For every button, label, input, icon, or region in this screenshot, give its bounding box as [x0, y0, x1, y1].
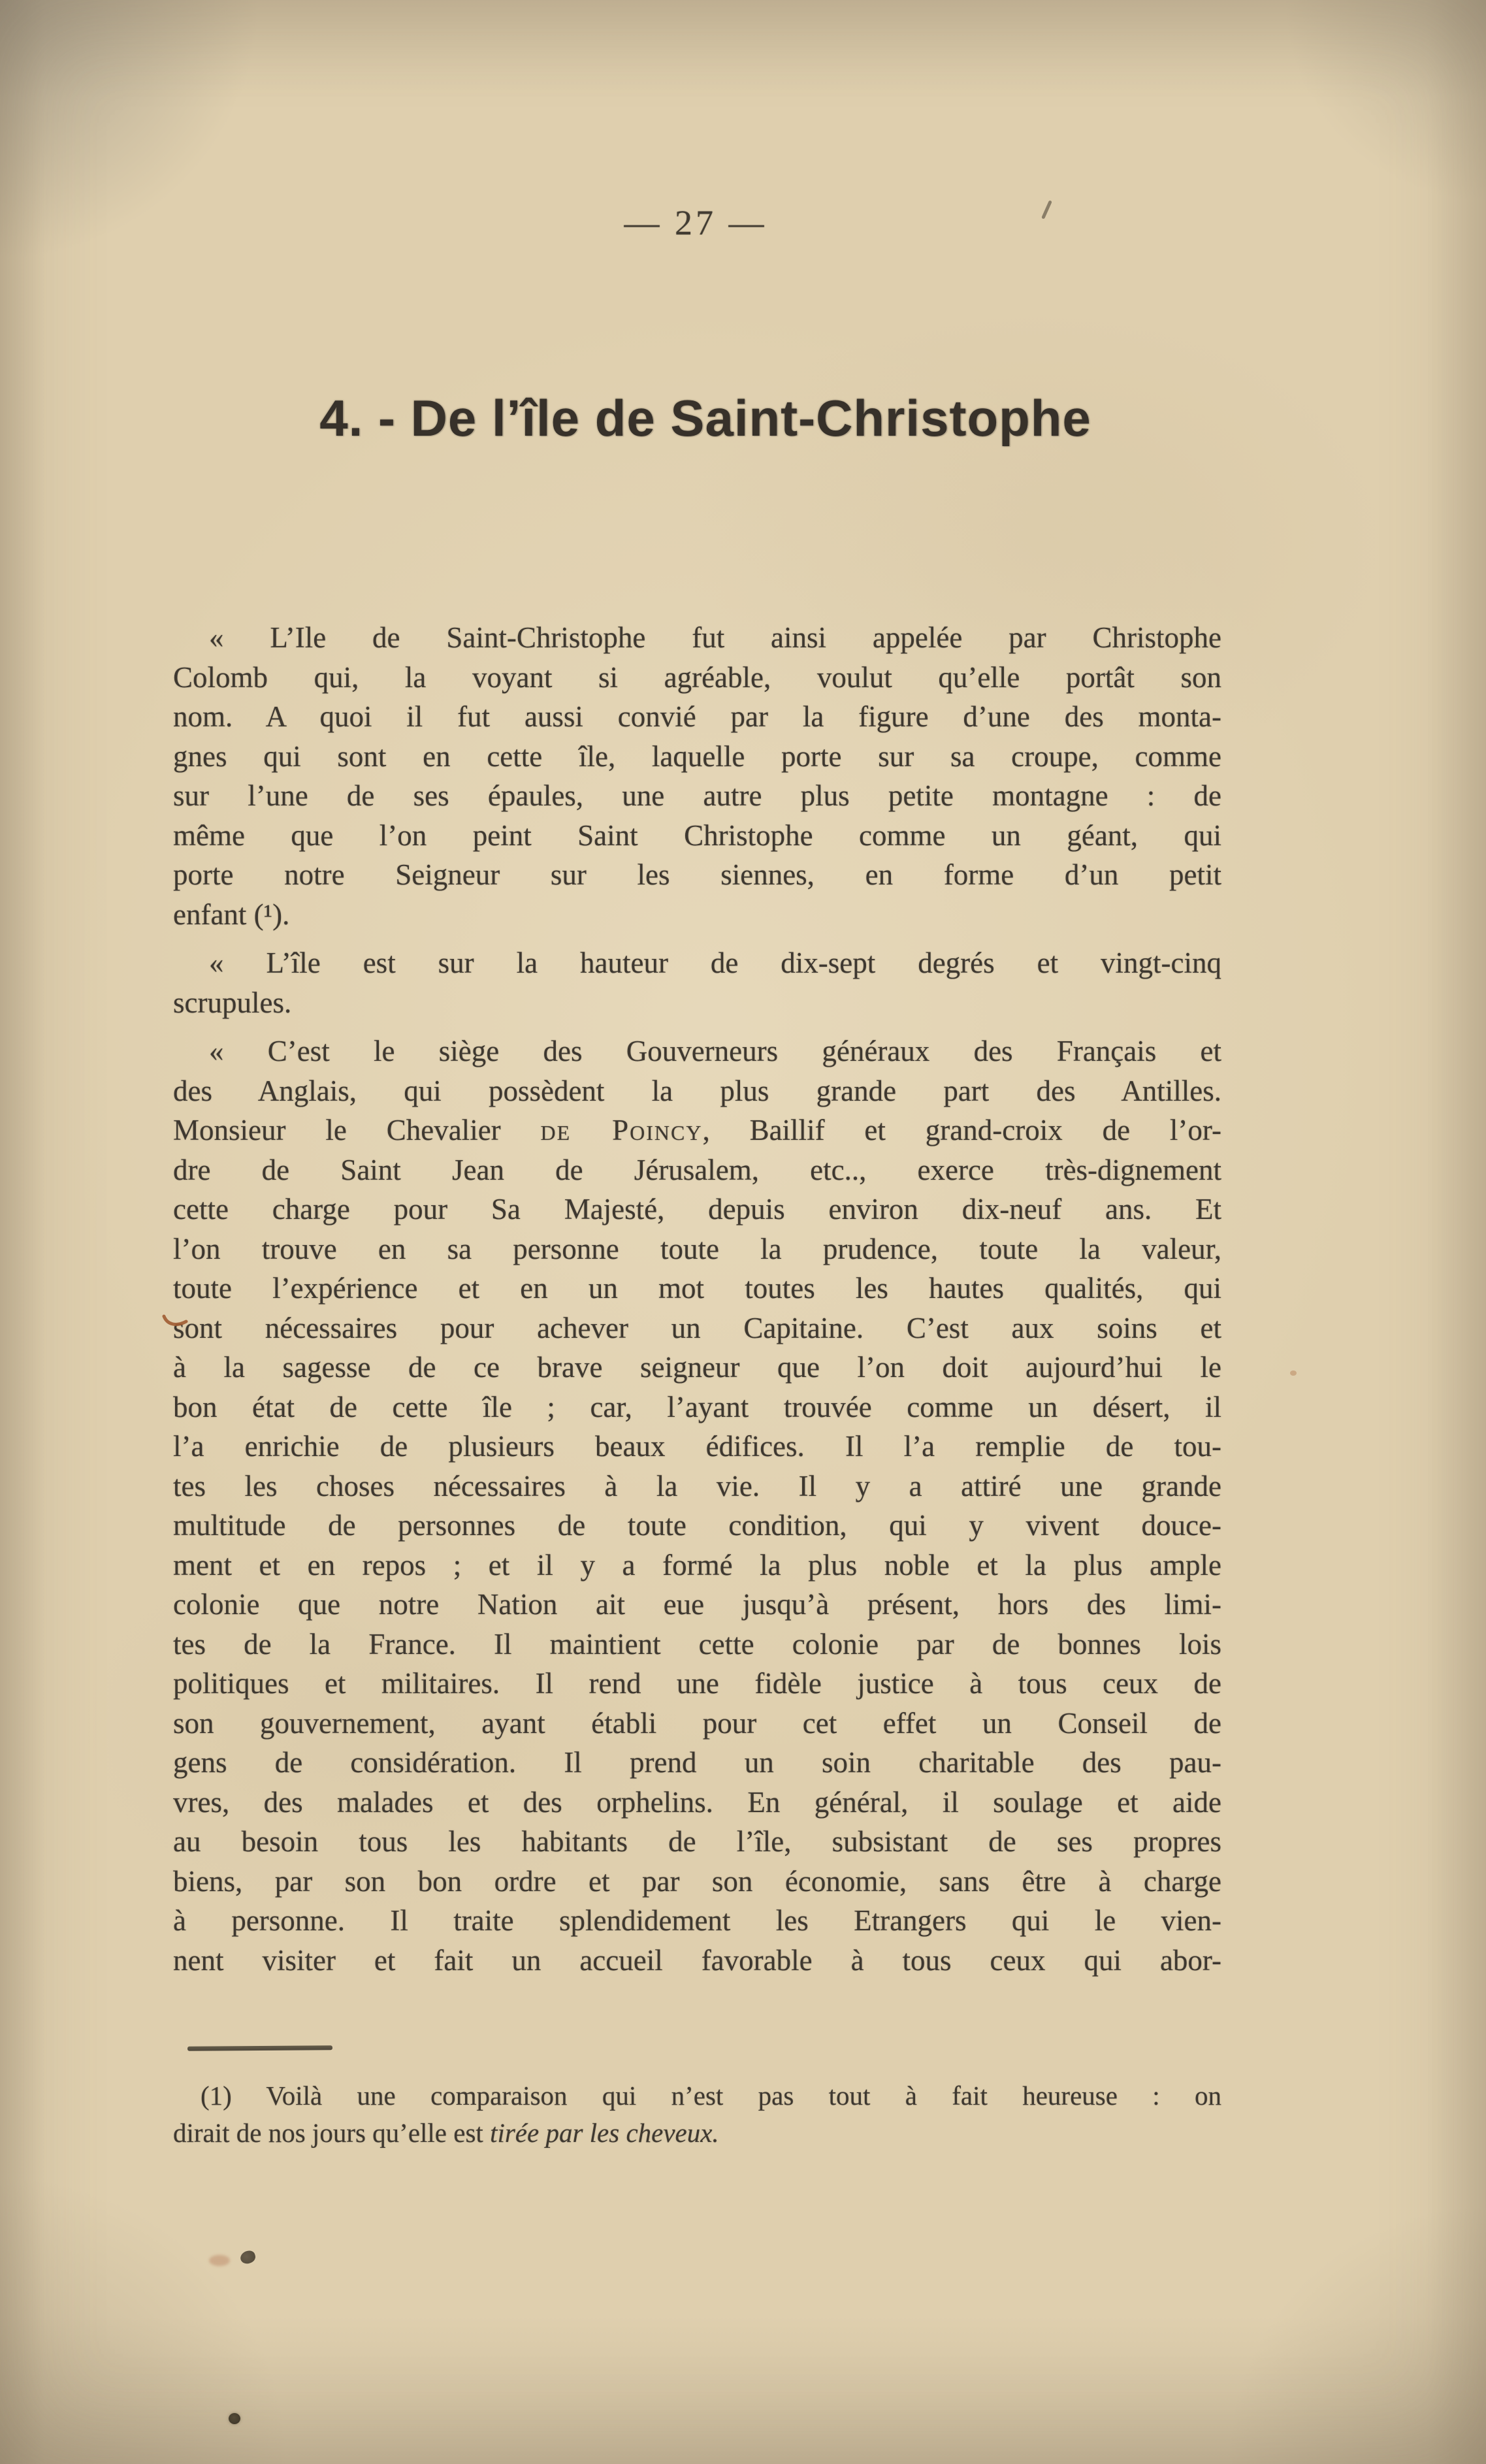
body-line: son gouvernement, ayant établi pour cet … [173, 1704, 1221, 1743]
body-text: « L’Ile de Saint-Christophe fut ainsi ap… [173, 618, 1221, 1980]
body-line: l’on trouve en sa personne toute la prud… [173, 1229, 1221, 1269]
body-line: biens, par son bon ordre et par son écon… [173, 1862, 1221, 1902]
body-line: à personne. Il traite splendidement les … [173, 1901, 1221, 1941]
body-line: nom. A quoi il fut aussi convié par la f… [173, 697, 1221, 737]
body-line: vres, des malades et des orphelins. En g… [173, 1783, 1221, 1823]
body-line: toute l’expérience et en un mot toutes l… [173, 1269, 1221, 1308]
body-line: gens de considération. Il prend un soin … [173, 1743, 1221, 1783]
paragraph: « L’île est sur la hauteur de dix-sept d… [173, 943, 1221, 1022]
book-page-scan: — 27 — 4. - De l’île de Saint-Christophe… [0, 0, 1486, 2464]
body-line-segment: Monsieur le Chevalier [173, 1114, 541, 1146]
body-line: enfant (¹). [173, 895, 1221, 935]
body-line: politiques et militaires. Il rend une fi… [173, 1664, 1221, 1704]
footnote-line: (1) Voilà une comparaison qui n’est pas … [173, 2077, 1221, 2115]
body-line: des Anglais, qui possèdent la plus grand… [173, 1071, 1221, 1111]
body-line: porte notre Seigneur sur les siennes, en… [173, 855, 1221, 895]
body-line: colonie que notre Nation ait eue jusqu’à… [173, 1585, 1221, 1625]
paragraph: « C’est le siège des Gouverneurs générau… [173, 1031, 1221, 1980]
body-line: cette charge pour Sa Majesté, depuis env… [173, 1190, 1221, 1229]
body-line: à la sagesse de ce brave seigneur que l’… [173, 1348, 1221, 1387]
body-line: même que l’on peint Saint Christophe com… [173, 816, 1221, 856]
body-line: tes les choses nécessaires à la vie. Il … [173, 1467, 1221, 1506]
body-line: dre de Saint Jean de Jérusalem, etc.., e… [173, 1150, 1221, 1190]
footnote: (1) Voilà une comparaison qui n’est pas … [173, 2077, 1221, 2152]
paper-speck [1290, 1370, 1297, 1376]
body-line: l’a enrichie de plusieurs beaux édifices… [173, 1427, 1221, 1467]
body-line: sont nécessaires pour achever un Capitai… [173, 1308, 1221, 1348]
ink-dot-stain [229, 2413, 240, 2424]
page-number: — 27 — [0, 203, 1391, 243]
body-line: ment et en repos ; et il y a formé la pl… [173, 1546, 1221, 1585]
body-line: « L’île est sur la hauteur de dix-sept d… [173, 943, 1221, 983]
body-line: tes de la France. Il maintient cette col… [173, 1625, 1221, 1664]
body-line: Monsieur le Chevalier de Poincy, Baillif… [173, 1110, 1221, 1150]
body-line-segment: , Baillif et grand-croix de l’or- [702, 1114, 1221, 1146]
body-line: « C’est le siège des Gouverneurs générau… [173, 1031, 1221, 1071]
body-line: bon état de cette île ; car, l’ayant tro… [173, 1387, 1221, 1427]
chapter-title: 4. - De l’île de Saint-Christophe [176, 389, 1235, 448]
body-line: « L’Ile de Saint-Christophe fut ainsi ap… [173, 618, 1221, 658]
footnote-line-segment: dirait de nos jours qu’elle est [173, 2118, 490, 2148]
body-line: au besoin tous les habitants de l’île, s… [173, 1822, 1221, 1862]
body-line: nent visiter et fait un accueil favorabl… [173, 1941, 1221, 1981]
body-line-smallcaps-segment: de Poincy [541, 1114, 703, 1146]
body-line: sur l’une de ses épaules, une autre plus… [173, 776, 1221, 816]
body-line: multitude de personnes de toute conditio… [173, 1506, 1221, 1546]
dark-ink-stain [239, 2249, 257, 2265]
body-line: Colomb qui, la voyant si agréable, voulu… [173, 658, 1221, 698]
body-line: gnes qui sont en cette île, laquelle por… [173, 737, 1221, 777]
footnote-line-italic-segment: tirée par les cheveux. [490, 2118, 719, 2148]
footnote-line: dirait de nos jours qu’elle est tirée pa… [173, 2115, 1221, 2152]
body-line: scrupules. [173, 983, 1221, 1023]
paragraph: « L’Ile de Saint-Christophe fut ainsi ap… [173, 618, 1221, 934]
footnote-divider [187, 2045, 332, 2051]
rust-stain [209, 2255, 230, 2266]
